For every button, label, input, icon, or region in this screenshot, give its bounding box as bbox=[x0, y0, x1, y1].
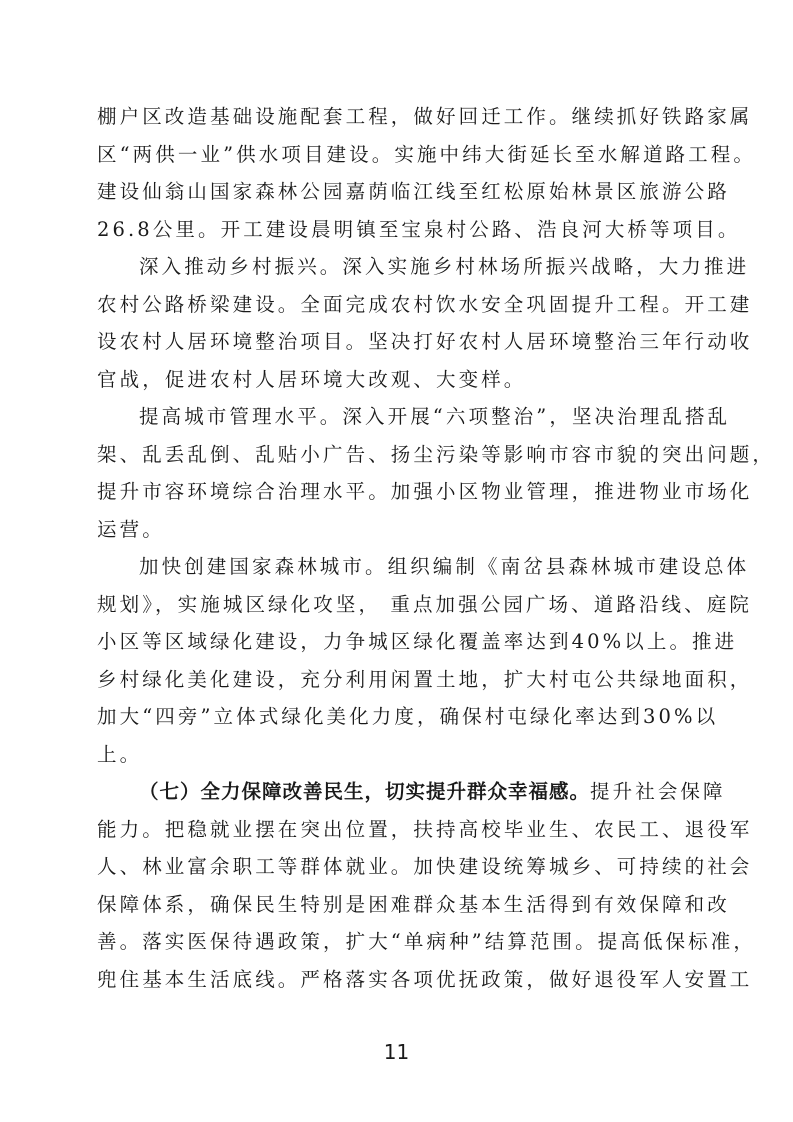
paragraph-housing-infrastructure: 棚户区改造基础设施配套工程，做好回迁工作。继续抓好铁路家属 区“两供一业”供水项… bbox=[97, 98, 709, 248]
paragraph-forest-city: 加快创建国家森林城市。组织编制《南岔县森林城市建设总体 规划》，实施城区绿化攻坚… bbox=[97, 548, 709, 773]
page-number: 11 bbox=[0, 1040, 793, 1064]
text-line: 上。 bbox=[97, 736, 709, 774]
text-line: 区“两供一业”供水项目建设。实施中纬大街延长至水解道路工程。 bbox=[97, 136, 709, 174]
text-fragment: 提升社会保障 bbox=[590, 780, 726, 803]
text-line: 深入推动乡村振兴。深入实施乡村林场所振兴战略，大力推进 bbox=[97, 248, 709, 286]
paragraph-livelihood: （七）全力保障改善民生，切实提升群众幸福感。提升社会保障 能力。把稳就业摆在突出… bbox=[97, 773, 709, 998]
text-line: 乡村绿化美化建设，充分利用闲置土地，扩大村屯公共绿地面积， bbox=[97, 661, 709, 699]
paragraph-city-management: 提高城市管理水平。深入开展“六项整治”，坚决治理乱搭乱 架、乱丢乱倒、乱贴小广告… bbox=[97, 398, 709, 548]
text-line: 能力。把稳就业摆在突出位置，扶持高校毕业生、农民工、退役军 bbox=[97, 811, 709, 849]
text-line: 农村公路桥梁建设。全面完成农村饮水安全巩固提升工程。开工建 bbox=[97, 286, 709, 324]
text-line: 善。落实医保待遇政策，扩大“单病种”结算范围。提高低保标准， bbox=[97, 923, 709, 961]
text-line: 加快创建国家森林城市。组织编制《南岔县森林城市建设总体 bbox=[97, 548, 709, 586]
text-line: 架、乱丢乱倒、乱贴小广告、扬尘污染等影响市容市貌的突出问题， bbox=[97, 436, 709, 474]
text-line: 官战，促进农村人居环境大改观、大变样。 bbox=[97, 361, 709, 399]
section-heading: （七）全力保障改善民生，切实提升群众幸福感。 bbox=[139, 780, 590, 803]
document-page: 棚户区改造基础设施配套工程，做好回迁工作。继续抓好铁路家属 区“两供一业”供水项… bbox=[0, 0, 793, 1122]
paragraph-rural-revitalization: 深入推动乡村振兴。深入实施乡村林场所振兴战略，大力推进 农村公路桥梁建设。全面完… bbox=[97, 248, 709, 398]
text-line: 规划》，实施城区绿化攻坚， 重点加强公园广场、道路沿线、庭院 bbox=[97, 586, 709, 624]
text-line: 运营。 bbox=[97, 511, 709, 549]
text-line: 保障体系，确保民生特别是困难群众基本生活得到有效保障和改 bbox=[97, 886, 709, 924]
text-line: 提高城市管理水平。深入开展“六项整治”，坚决治理乱搭乱 bbox=[97, 398, 709, 436]
text-line-with-heading: （七）全力保障改善民生，切实提升群众幸福感。提升社会保障 bbox=[97, 773, 709, 811]
text-line: 加大“四旁”立体式绿化美化力度，确保村屯绿化率达到30%以 bbox=[97, 698, 709, 736]
text-line: 人、林业富余职工等群体就业。加快建设统筹城乡、可持续的社会 bbox=[97, 848, 709, 886]
text-line: 设农村人居环境整治项目。坚决打好农村人居环境整治三年行动收 bbox=[97, 323, 709, 361]
text-line: 建设仙翁山国家森林公园嘉荫临江线至红松原始林景区旅游公路 bbox=[97, 173, 709, 211]
text-line: 26.8公里。开工建设晨明镇至宝泉村公路、浩良河大桥等项目。 bbox=[97, 211, 709, 249]
text-line: 棚户区改造基础设施配套工程，做好回迁工作。继续抓好铁路家属 bbox=[97, 98, 709, 136]
text-line: 兜住基本生活底线。严格落实各项优抚政策，做好退役军人安置工 bbox=[97, 961, 709, 999]
text-line: 提升市容环境综合治理水平。加强小区物业管理，推进物业市场化 bbox=[97, 473, 709, 511]
text-line: 小区等区域绿化建设，力争城区绿化覆盖率达到40%以上。推进 bbox=[97, 623, 709, 661]
page-body: 棚户区改造基础设施配套工程，做好回迁工作。继续抓好铁路家属 区“两供一业”供水项… bbox=[97, 98, 709, 998]
